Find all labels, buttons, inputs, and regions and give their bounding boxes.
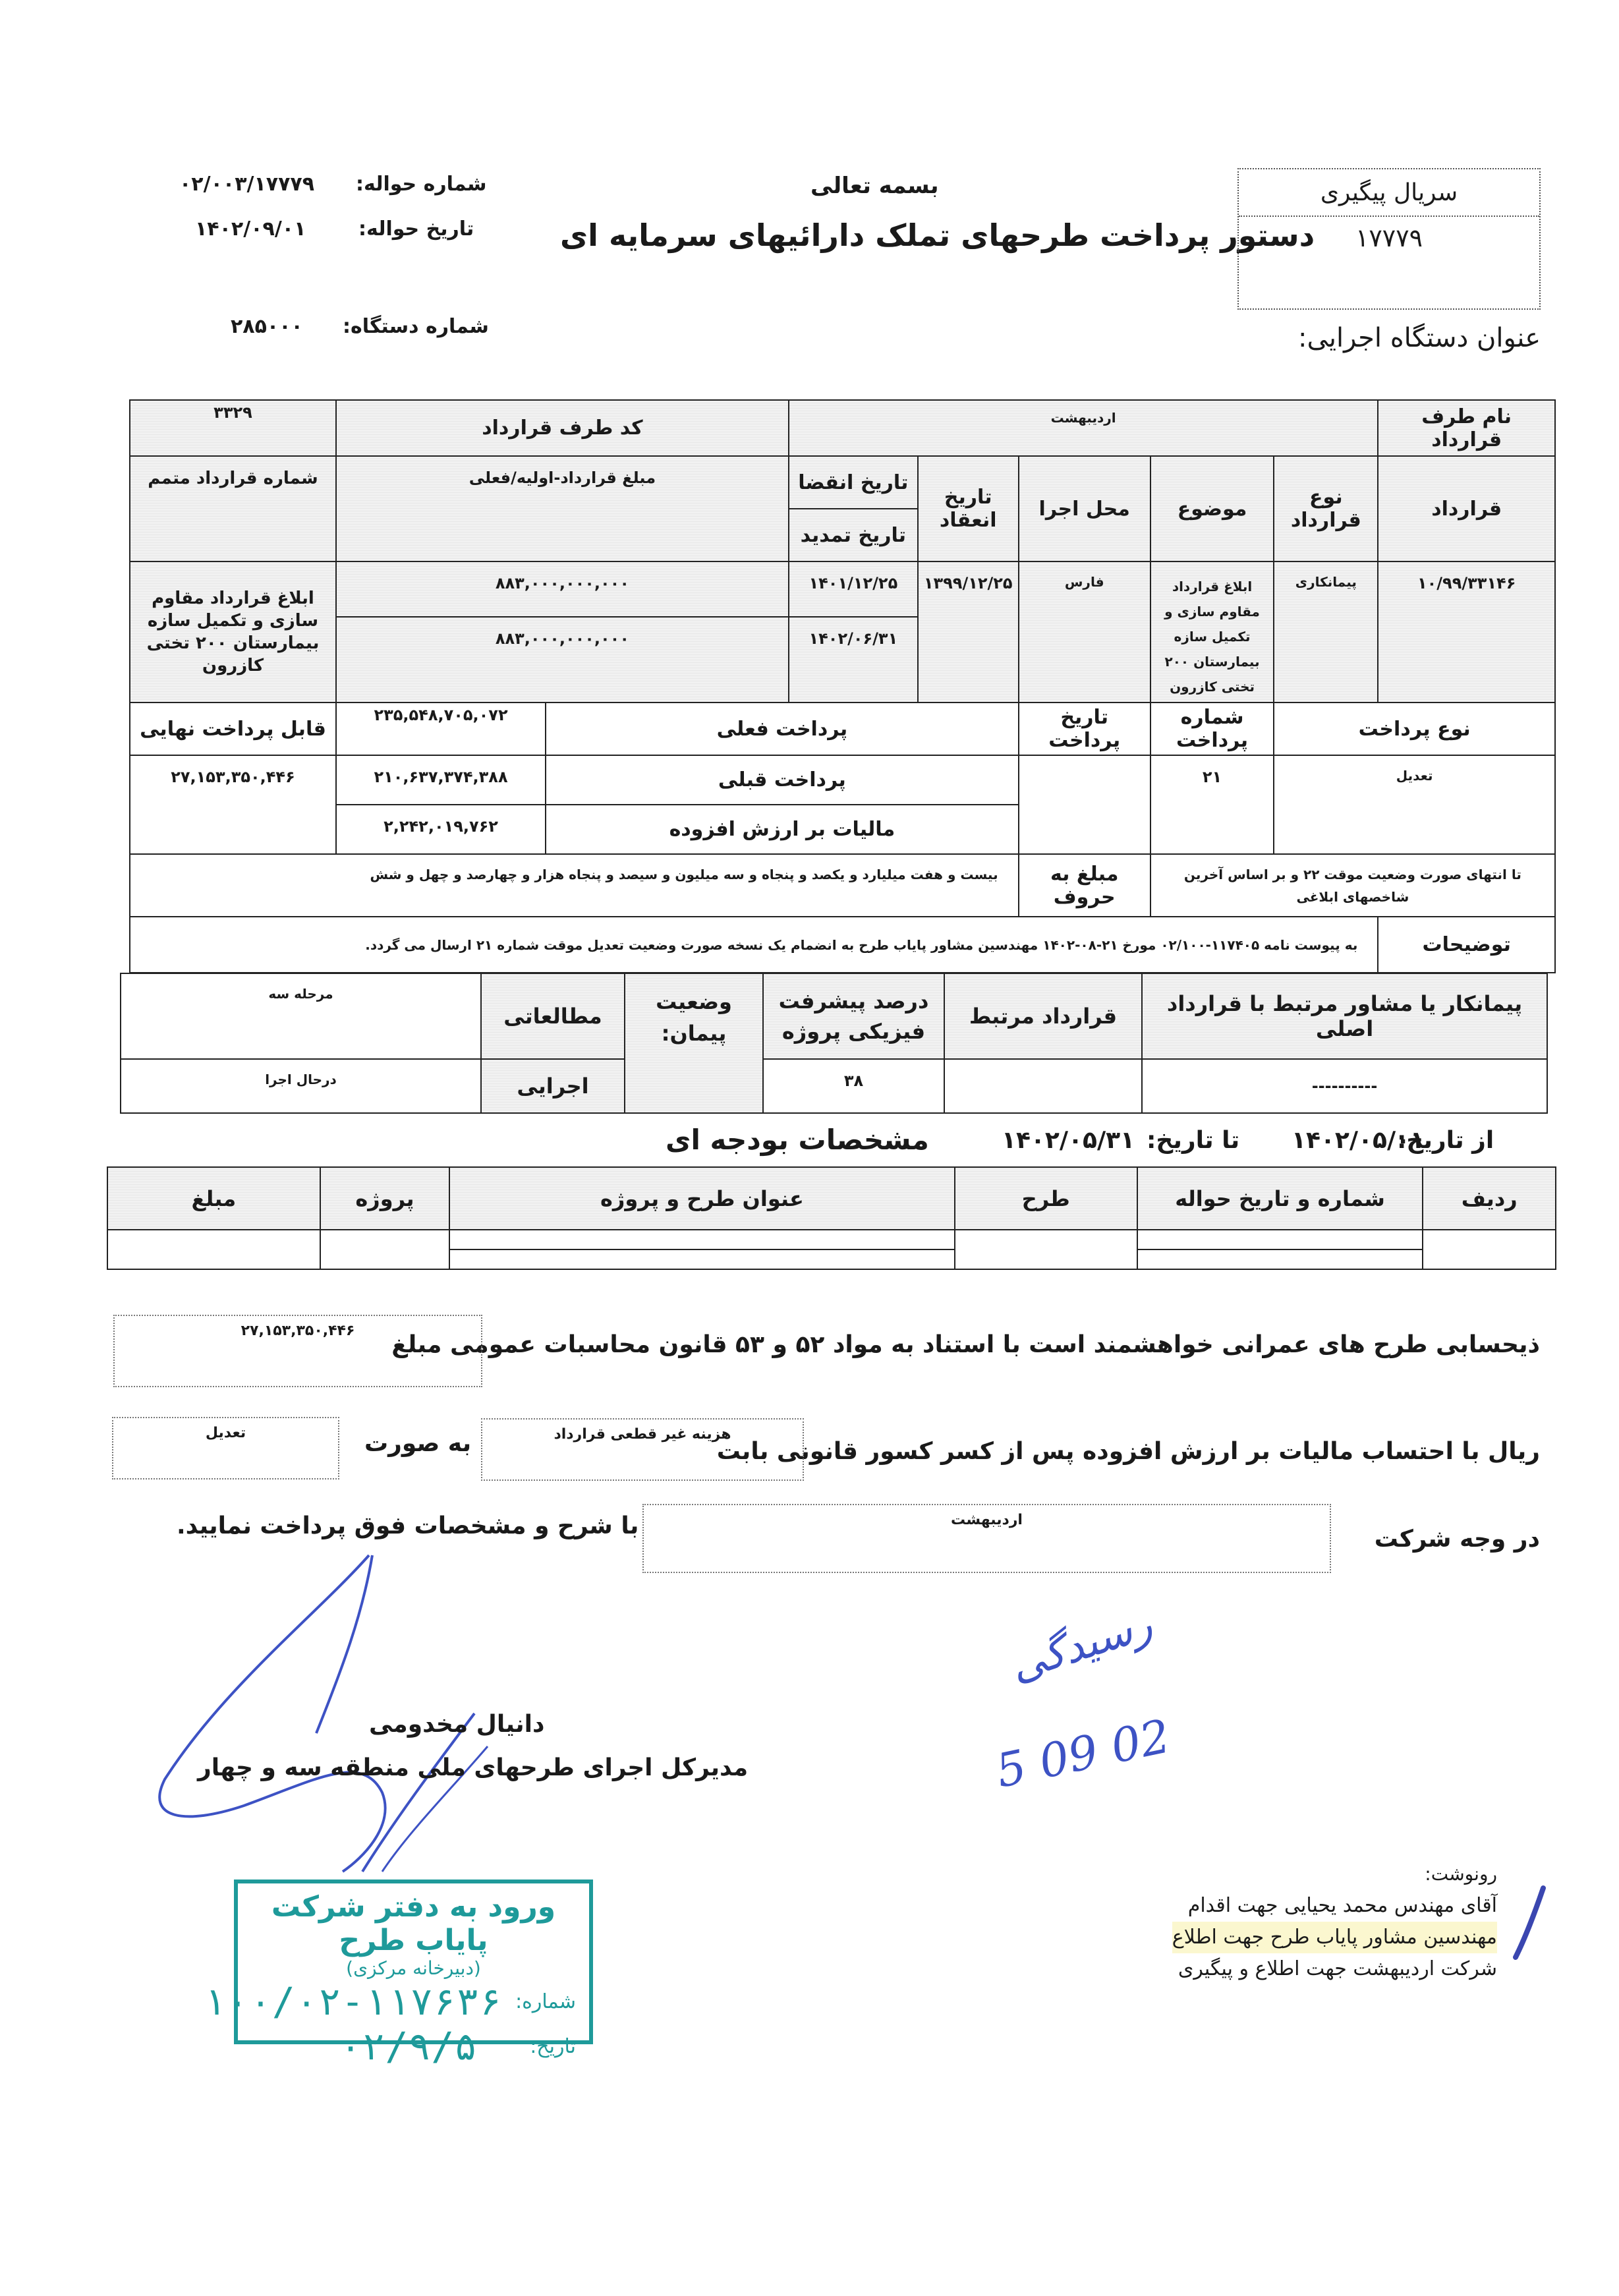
location-header: محل اجرا bbox=[1019, 456, 1150, 561]
havale-date: ۱۴۰۲/۰۹/۰۱ bbox=[195, 217, 306, 241]
contract-number: ۱۰/۹۹/۳۳۱۴۶ bbox=[1378, 561, 1555, 703]
budget-col-plan: طرح bbox=[955, 1167, 1137, 1230]
bismillah: بسمه تعالی bbox=[810, 173, 939, 199]
signer-name: دانیال مخدومی bbox=[369, 1711, 544, 1738]
related-contractor-value: ---------- bbox=[1142, 1059, 1547, 1113]
budget-col-havale: شماره و تاریخ حواله bbox=[1137, 1167, 1423, 1230]
related-contractor-header: پیمانکار یا مشاور مرتبط با قرارداد اصلی bbox=[1142, 973, 1547, 1059]
as-label: به صورت bbox=[364, 1430, 471, 1457]
previous-payment-value: ۲۱۰,۶۳۷,۳۷۴,۳۸۸ bbox=[336, 755, 546, 805]
cc-line: آقای مهندس محمد یحیایی جهت اقدام bbox=[1172, 1890, 1497, 1922]
related-contract-value bbox=[944, 1059, 1142, 1113]
conclusion-date: ۱۳۹۹/۱۲/۲۵ bbox=[918, 561, 1019, 703]
budget-cell bbox=[449, 1230, 954, 1249]
havale-date-label: تاریخ حواله: bbox=[358, 217, 474, 241]
cc-label: رونوشت: bbox=[1172, 1858, 1497, 1890]
contract-type: پیمانکاری bbox=[1274, 561, 1378, 703]
payment-date-header: تاریخ پرداخت bbox=[1019, 703, 1150, 755]
havale-number: ۰۲/۰۰۳/۱۷۷۷۹ bbox=[179, 173, 314, 196]
reason-box: هزینه غیر قطعی قرارداد bbox=[481, 1418, 804, 1481]
budget-table: ردیف شماره و تاریخ حواله طرح عنوان طرح و… bbox=[107, 1166, 1556, 1270]
payment-number-header: شماره پرداخت bbox=[1150, 703, 1274, 755]
payment-type-value: تعدیل bbox=[1274, 755, 1555, 854]
payment-date-value bbox=[1019, 755, 1150, 854]
budget-cell bbox=[1137, 1249, 1423, 1269]
amount-header: مبلغ قرارداد-اولیه/فعلی bbox=[336, 456, 789, 561]
conclusion-date-header: تاریخ انعقاد bbox=[918, 456, 1019, 561]
amount-initial: ۸۸۳,۰۰۰,۰۰۰,۰۰۰ bbox=[336, 561, 789, 617]
final-payable-value: ۲۷,۱۵۳,۳۵۰,۴۴۶ bbox=[130, 755, 336, 854]
extension-date: ۱۴۰۲/۰۶/۳۱ bbox=[789, 617, 918, 703]
exec-value: درحال اجرا bbox=[121, 1059, 481, 1113]
cc-block: رونوشت: آقای مهندس محمد یحیایی جهت اقدام… bbox=[1172, 1858, 1497, 1985]
budget-to-value: ۱۴۰۲/۰۵/۳۱ bbox=[1002, 1127, 1135, 1154]
progress-value: ۳۸ bbox=[763, 1059, 944, 1113]
budget-title: مشخصات بودجه ای bbox=[666, 1124, 929, 1156]
in-words-value: بیست و هفت میلیارد و یکصد و پنجاه و سه م… bbox=[130, 854, 1019, 917]
payment-type-header: نوع پرداخت bbox=[1274, 703, 1555, 755]
budget-col-amount: مبلغ bbox=[107, 1167, 320, 1230]
serial-label: سریال پیگیری bbox=[1239, 169, 1539, 217]
cc-line: مهندسین مشاور پایاب طرح جهت اطلاع bbox=[1172, 1922, 1497, 1953]
instruction-line2: ریال با احتساب مالیات بر ارزش افزوده پس … bbox=[717, 1438, 1540, 1465]
budget-cell bbox=[1137, 1230, 1423, 1249]
budget-col-row: ردیف bbox=[1423, 1167, 1556, 1230]
study-value: مرحله سه bbox=[121, 973, 481, 1059]
amount-current: ۸۸۳,۰۰۰,۰۰۰,۰۰۰ bbox=[336, 617, 789, 703]
supplement-number: ابلاغ قرارداد مقاوم سازی و تکمیل سازه بی… bbox=[130, 561, 336, 703]
stamp-number: ۱۰۰/۰۲-۱۱۷۶۳۶ bbox=[203, 1979, 502, 2024]
progress-header: درصد پیشرفت فیزیکی پروژه bbox=[763, 973, 944, 1059]
company-box: اردیبهشت bbox=[642, 1504, 1331, 1573]
serial-box: سریال پیگیری ۱۷۷۷۹ bbox=[1237, 168, 1541, 310]
current-payment-label: پرداخت فعلی bbox=[546, 703, 1018, 755]
contract-location: فارس bbox=[1019, 561, 1150, 703]
budget-from-value: ۱۴۰۲/۰۵/۰۱ bbox=[1292, 1127, 1425, 1154]
device-number-label: شماره دستگاه: bbox=[343, 315, 489, 338]
contract-subject: ابلاغ قرارداد مقاوم سازی و تکمیل سازه بی… bbox=[1150, 561, 1274, 703]
status-header: وضعیت پیمان: bbox=[625, 973, 763, 1113]
company-label: در وجه شرکت bbox=[1375, 1526, 1540, 1553]
party-code-label: کد طرف قرارداد bbox=[336, 400, 789, 456]
related-contract-header: قرارداد مرتبط bbox=[944, 973, 1142, 1059]
serial-value: ۱۷۷۷۹ bbox=[1239, 217, 1539, 252]
expiry-date-header: تاریخ انقضا bbox=[789, 456, 918, 509]
stamp-number-label: شماره: bbox=[515, 1990, 576, 2013]
type-header: نوع قرارداد bbox=[1274, 456, 1378, 561]
cc-line: شرکت اردیبهشت جهت اطلاع و پیگیری bbox=[1172, 1953, 1497, 1985]
contract-header: قرارداد bbox=[1378, 456, 1555, 561]
payment-scope-note: تا انتهای صورت وضعیت موقت ۲۲ و بر اساس آ… bbox=[1150, 854, 1555, 917]
instruction-line1: ذیحسابی طرح های عمرانی خواهشمند است با ا… bbox=[391, 1331, 1540, 1358]
handwritten-word: رسیدگی bbox=[1004, 1600, 1158, 1692]
extension-date-header: تاریخ تمدید bbox=[789, 509, 918, 561]
budget-cell bbox=[955, 1230, 1137, 1269]
vat-value: ۲,۲۴۲,۰۱۹,۷۶۲ bbox=[336, 805, 546, 854]
stamp-title: ورود به دفتر شرکت پایاب طرح bbox=[238, 1883, 589, 1957]
budget-cell bbox=[1423, 1230, 1556, 1269]
as-box: تعدیل bbox=[112, 1417, 339, 1479]
supplement-number-header: شماره قرارداد متمم bbox=[130, 456, 336, 561]
budget-col-project: پروژه bbox=[320, 1167, 450, 1230]
stamp-date: ۰۲/۹/۵ bbox=[339, 2024, 478, 2069]
party-name: اردیبهشت bbox=[789, 400, 1378, 456]
payment-number-value: ۲۱ bbox=[1150, 755, 1274, 854]
checkmark-icon bbox=[1509, 1885, 1548, 1964]
final-payable-label: قابل پرداخت نهایی bbox=[130, 703, 336, 755]
havale-number-label: شماره حواله: bbox=[356, 173, 486, 196]
page-title: دستور پرداخت طرحهای تملک دارائیهای سرمای… bbox=[560, 217, 1315, 253]
vat-label: مالیات بر ارزش افزوده bbox=[546, 805, 1018, 854]
party-name-label: نام طرف قرارداد bbox=[1378, 400, 1555, 456]
stamp-date-label: تاریخ: bbox=[530, 2035, 576, 2058]
signer-position: مدیرکل اجرای طرحهای ملی منطقه سه و چهار bbox=[198, 1754, 748, 1781]
budget-cell bbox=[107, 1230, 320, 1269]
study-label: مطالعاتی bbox=[481, 973, 625, 1059]
related-table: پیمانکار یا مشاور مرتبط با قرارداد اصلی … bbox=[120, 973, 1548, 1114]
received-stamp: ورود به دفتر شرکت پایاب طرح (دبیرخانه مر… bbox=[234, 1880, 593, 2044]
expiry-date: ۱۴۰۱/۱۲/۲۵ bbox=[789, 561, 918, 617]
current-payment-value: ۲۳۵,۵۴۸,۷۰۵,۰۷۲ bbox=[336, 703, 546, 755]
device-number: ۲۸۵۰۰۰ bbox=[231, 315, 303, 338]
party-code: ۳۳۲۹ bbox=[130, 400, 336, 456]
budget-to-label: تا تاریخ: bbox=[1147, 1127, 1239, 1154]
executive-org-label: عنوان دستگاه اجرایی: bbox=[1298, 323, 1541, 353]
amount-box: ۲۷,۱۵۳,۳۵۰,۴۴۶ bbox=[113, 1315, 482, 1387]
budget-cell bbox=[449, 1249, 954, 1269]
handwritten-code: 5 09 02 bbox=[991, 1709, 1174, 1798]
in-words-label: مبلغ به حروف bbox=[1019, 854, 1150, 917]
stamp-subtitle: (دبیرخانه مرکزی) bbox=[238, 1957, 589, 1979]
notes-text: به پیوست نامه ۱۱۷۴۰۵-۰۲/۱۰۰ مورخ ۲۱-۰۸-۱… bbox=[130, 917, 1378, 973]
budget-cell bbox=[320, 1230, 450, 1269]
previous-payment-label: پرداخت قبلی bbox=[546, 755, 1018, 805]
subject-header: موضوع bbox=[1150, 456, 1274, 561]
exec-label: اجرایی bbox=[481, 1059, 625, 1113]
signature-scribble-icon bbox=[145, 1516, 619, 1885]
contract-table: نام طرف قرارداد اردیبهشت کد طرف قرارداد … bbox=[129, 399, 1556, 973]
notes-label: توضیحات bbox=[1378, 917, 1555, 973]
budget-col-title: عنوان طرح و پروژه bbox=[449, 1167, 954, 1230]
